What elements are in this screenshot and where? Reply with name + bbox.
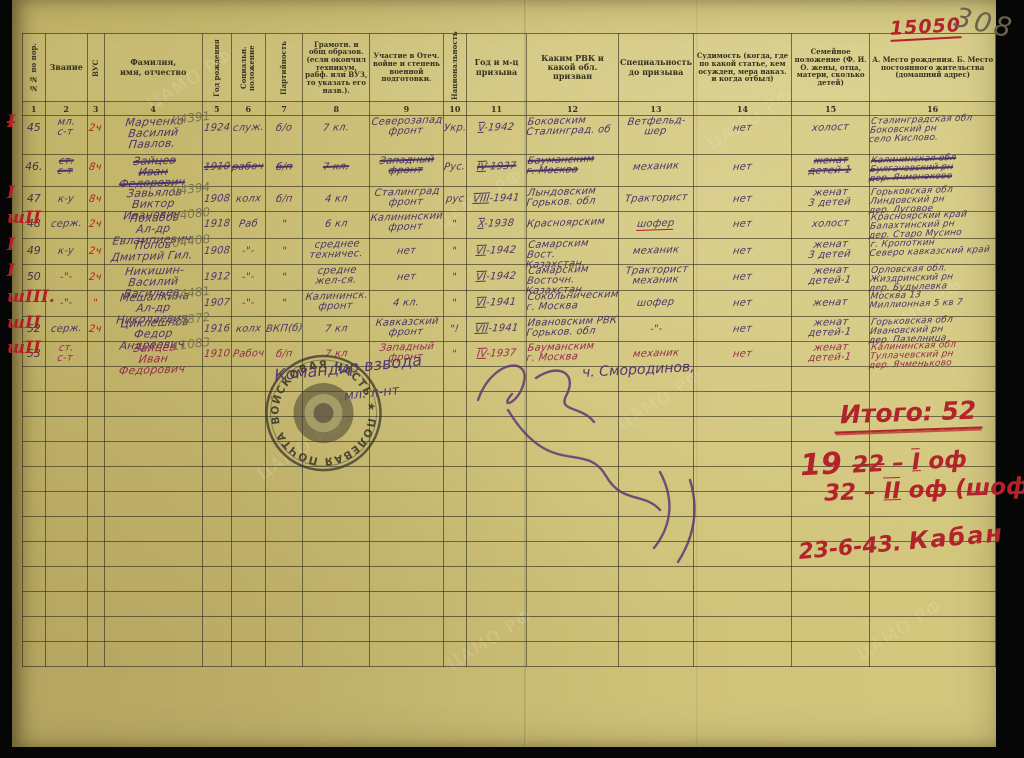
empty-cell — [202, 492, 231, 517]
commander-signature — [464, 352, 724, 556]
cell: женат детей-1 — [792, 342, 870, 367]
tally-segment: – — [856, 479, 884, 506]
empty-cell — [23, 442, 46, 467]
column-header-label: Год и м-ц призыва — [467, 57, 526, 77]
cell: VI-1941 — [467, 291, 527, 317]
tally-segment: – — [884, 450, 913, 477]
row-number: 47 — [27, 188, 41, 205]
cell: холост — [792, 212, 870, 239]
handwritten-entry: -"- — [241, 297, 255, 309]
column-header: Семейное положение (Ф. И. О. жены, отца,… — [792, 34, 870, 102]
cell: VI-1942 — [467, 239, 527, 265]
row-number-cell: I45 — [23, 116, 46, 155]
handwritten-entry: Калининск. фронт — [304, 289, 369, 313]
empty-cell — [104, 567, 202, 592]
column-header: Социальн. положение — [232, 34, 266, 102]
column-header-label: А. Место рождения. Б. Место постоянного … — [870, 55, 995, 80]
handwritten-entry: нет — [732, 192, 753, 205]
tally-segment: 22 — [852, 451, 885, 479]
empty-cell — [443, 642, 466, 667]
handwritten-entry: Сокольническим г. Москва — [526, 288, 620, 313]
empty-cell — [23, 492, 46, 517]
column-header: ВУС — [87, 34, 104, 102]
cell: женат 3 детей — [792, 187, 870, 212]
cell: Самарским Восточн. Казахстан — [527, 265, 619, 291]
cell: женат детей-1 — [792, 155, 870, 187]
row-number-cell: 46. — [23, 155, 46, 187]
column-number: 14 — [693, 102, 791, 116]
column-number: 15 — [792, 102, 870, 116]
row-number-cell: I49 — [23, 239, 46, 265]
handwritten-entry: Тракторист механик — [623, 263, 688, 287]
empty-cell — [232, 642, 266, 667]
empty-cell — [792, 367, 870, 392]
cell: Северозапад фронт — [370, 116, 443, 155]
cell: нет — [693, 116, 791, 155]
table-row: 46.ст. с-т8чЗайцев Иван Федорович1910раб… — [23, 155, 996, 187]
cell: нет — [693, 317, 791, 342]
column-number: 1 — [23, 102, 46, 116]
empty-cell — [45, 392, 87, 417]
empty-row — [23, 642, 996, 667]
cell: женат детей-1 — [792, 265, 870, 291]
column-header: №№ по пор. — [23, 34, 46, 102]
cell: VIII-1941 — [467, 187, 527, 212]
tally-segment: 32 — [824, 479, 857, 506]
table-row: шII52серж.2чЦиклешнов Федор Андреевич048… — [23, 317, 996, 342]
cell: нет — [370, 265, 443, 291]
cell: 6 кл — [303, 212, 370, 239]
empty-cell — [45, 442, 87, 467]
cell: " — [443, 212, 466, 239]
table-row: I47к-у8чЗавьялов Виктор Иванович04394190… — [23, 187, 996, 212]
empty-cell — [232, 542, 266, 567]
cell: мл. с-т — [45, 116, 87, 155]
handwritten-entry: б/о — [275, 121, 293, 134]
empty-cell — [619, 567, 694, 592]
empty-cell — [87, 417, 104, 442]
signature-icon — [464, 352, 724, 552]
cell: 4 кл. — [370, 291, 443, 317]
handwritten-entry: V-1942 — [478, 121, 516, 134]
handwritten-entry: " — [281, 218, 287, 230]
roman-month: VIII — [473, 193, 491, 205]
cell: " — [265, 291, 303, 317]
handwritten-entry: ВКП(б) — [265, 322, 303, 335]
cell: рус — [443, 187, 466, 212]
handwritten-entry: серж. — [50, 217, 83, 230]
handwritten-entry: средне жел-ся. — [314, 264, 358, 288]
handwritten-entry: механик — [632, 243, 680, 257]
register-table: №№ по пор.ЗваниеВУСФамилия, имя, отчеств… — [22, 33, 996, 667]
column-header-label: Каким РВК и какой обл. призван — [527, 53, 618, 83]
column-number: 10 — [443, 102, 466, 116]
handwritten-entry: " — [452, 348, 458, 360]
cell: " — [265, 212, 303, 239]
cell: Марченко Василий Павлов.04391 — [104, 116, 202, 155]
cell: механик — [619, 155, 694, 187]
empty-cell — [23, 517, 46, 542]
cell: 8ч — [87, 187, 104, 212]
handwritten-entry: X-1938 — [478, 217, 516, 230]
handwritten-entry: 2ч — [89, 218, 103, 231]
cell: Ветфельд- шер — [619, 116, 694, 155]
handwritten-entry: Северозапад фронт — [370, 113, 444, 138]
handwritten-entry: " — [452, 271, 458, 283]
handwritten-entry: нет — [732, 121, 753, 134]
red-margin-mark: I — [7, 183, 15, 203]
empty-cell — [23, 642, 46, 667]
handwritten-entry: рабоч — [232, 160, 265, 173]
empty-cell — [693, 617, 791, 642]
empty-cell — [467, 567, 527, 592]
empty-cell — [870, 642, 996, 667]
table-row: I49к-у2чПопов Дмитрий Гил.044081908-"-"с… — [23, 239, 996, 265]
cell: Раб — [232, 212, 266, 239]
catalog-number: 15050 — [889, 14, 961, 42]
empty-cell — [443, 567, 466, 592]
cell: Тракторист механик — [619, 265, 694, 291]
handwritten-entry: 2ч — [89, 323, 103, 336]
column-header: А. Место рождения. Б. Место постоянного … — [870, 34, 996, 102]
cell: нет — [693, 212, 791, 239]
cell: шофер — [619, 291, 694, 317]
empty-cell — [104, 617, 202, 642]
tally-segment: 19 — [799, 446, 853, 484]
column-header-label: Специальность до призыва — [619, 57, 693, 77]
empty-cell — [370, 617, 443, 642]
handwritten-entry: Западный фронт — [378, 153, 435, 177]
empty-cell — [443, 617, 466, 642]
handwritten-entry: 2ч — [89, 245, 103, 258]
empty-cell — [370, 517, 443, 542]
cell: к-у — [45, 239, 87, 265]
empty-cell — [303, 517, 370, 542]
handwritten-entry: к-у — [57, 192, 75, 205]
empty-cell — [265, 567, 303, 592]
column-header: Год рождения — [202, 34, 231, 102]
handwritten-entry: Ветфельд- шер — [626, 114, 687, 138]
cell: нет — [693, 155, 791, 187]
cell: " — [87, 291, 104, 317]
handwritten-entry: женат — [813, 296, 849, 309]
column-header-label: ВУС — [92, 36, 100, 100]
handwritten-entry: Сталинградская обл Боковский рн село Кис… — [869, 112, 974, 145]
empty-cell — [104, 642, 202, 667]
row-number: 45 — [27, 117, 41, 134]
column-header: Фамилия, имя, отчество — [104, 34, 202, 102]
red-margin-mark: I — [7, 112, 15, 132]
empty-cell — [87, 567, 104, 592]
empty-cell — [87, 517, 104, 542]
empty-cell — [23, 417, 46, 442]
cell: Калининская обл Булгачевский рн дер. Ячм… — [870, 155, 996, 187]
handwritten-entry: б/п — [275, 192, 293, 205]
empty-cell — [370, 567, 443, 592]
handwritten-entry: Боковским Сталинград. об — [526, 113, 613, 138]
handwritten-entry: рус — [445, 192, 465, 205]
totals-heading: Итого: 52 — [833, 395, 982, 433]
empty-cell — [104, 417, 202, 442]
table-row: I50-"-2чНикишин- Василий Васильев1912-"-… — [23, 265, 996, 291]
handwritten-entry: ст. с-т — [57, 341, 75, 364]
row-number-cell: шII48 — [23, 212, 46, 239]
empty-cell — [265, 617, 303, 642]
cell: Кавказский фронт — [370, 317, 443, 342]
handwritten-entry: " — [452, 218, 458, 230]
empty-cell — [265, 642, 303, 667]
cell: " — [443, 265, 466, 291]
handwritten-entry: нет — [732, 296, 753, 309]
empty-cell — [202, 542, 231, 567]
handwritten-entry: IV-1937 — [476, 160, 517, 173]
empty-cell — [870, 367, 996, 392]
handwritten-entry: Москва 13 Миллионная 5 кв 7 — [869, 288, 965, 311]
cell: нет — [693, 187, 791, 212]
cell: X-1938 — [467, 212, 527, 239]
handwritten-entry: -"- — [59, 271, 73, 283]
roman-month: VI — [476, 272, 488, 283]
cell: Попов Дмитрий Гил.04408 — [104, 239, 202, 265]
handwritten-entry: -"- — [649, 323, 663, 335]
empty-cell — [370, 592, 443, 617]
cell: " — [443, 239, 466, 265]
empty-cell — [792, 567, 870, 592]
handwritten-entry: нет — [732, 244, 753, 257]
empty-cell — [45, 567, 87, 592]
cell: механик — [619, 239, 694, 265]
empty-cell — [202, 642, 231, 667]
empty-cell — [527, 567, 619, 592]
empty-cell — [232, 567, 266, 592]
handwritten-entry: нет — [732, 347, 753, 360]
empty-cell — [104, 592, 202, 617]
table-row: I45мл. с-т2чМарченко Василий Павлов.0439… — [23, 116, 996, 155]
handwritten-entry: 6 кл — [324, 217, 348, 230]
empty-cell — [265, 542, 303, 567]
handwritten-entry: VI-1941 — [476, 296, 518, 309]
column-header: Судимость (когда, где по какой статье, к… — [693, 34, 791, 102]
cell: средне жел-ся. — [303, 265, 370, 291]
cell: Бауманским г. Москва — [527, 155, 619, 187]
empty-cell — [467, 617, 527, 642]
handwritten-entry: б/п — [275, 160, 293, 173]
handwritten-entry: женат детей-1 — [808, 263, 854, 287]
row-number: 49 — [27, 240, 41, 257]
handwritten-entry: -"- — [241, 245, 255, 257]
roman-month: IV — [476, 162, 487, 173]
handwritten-entry: холост — [811, 217, 850, 230]
handwritten-entry: Ивановским РВК Горьков. обл — [526, 314, 618, 339]
cell: IV-1937 — [467, 155, 527, 187]
column-header-label: Звание — [46, 62, 87, 73]
empty-cell — [87, 492, 104, 517]
empty-cell — [232, 592, 266, 617]
empty-cell — [693, 592, 791, 617]
cell: Ивановским РВК Горьков. обл — [527, 317, 619, 342]
empty-cell — [232, 492, 266, 517]
empty-cell — [303, 642, 370, 667]
empty-cell — [202, 442, 231, 467]
handwritten-entry: VII-1941 — [474, 321, 519, 335]
red-margin-mark: шII — [7, 338, 41, 358]
cell: Тракторист — [619, 187, 694, 212]
empty-cell — [370, 492, 443, 517]
column-number: 7 — [265, 102, 303, 116]
tally-segment: оф — [920, 447, 968, 475]
cell: женат — [792, 291, 870, 317]
cell: -"- — [232, 265, 266, 291]
cell: Калининский фронт — [370, 212, 443, 239]
scanned-register-page: ЦАМО РФ ЦАМО РФ ЦАМО РФ ЦАМО РФ ЦАМО РФ … — [0, 0, 1024, 758]
empty-cell — [202, 617, 231, 642]
empty-cell — [467, 642, 527, 667]
empty-cell — [265, 517, 303, 542]
empty-cell — [619, 617, 694, 642]
cell — [87, 342, 104, 367]
column-header-label: №№ по пор. — [30, 36, 38, 100]
empty-cell — [45, 542, 87, 567]
cell: серж. — [45, 212, 87, 239]
empty-cell — [45, 467, 87, 492]
handwritten-entry: нет — [732, 270, 753, 283]
empty-cell — [23, 542, 46, 567]
handwritten-entry: мл. с-т — [56, 115, 76, 138]
handwritten-entry: 4 кл — [324, 192, 348, 205]
cell: Лындовским Горьков. обл — [527, 187, 619, 212]
empty-cell — [45, 367, 87, 392]
handwritten-entry: " — [452, 245, 458, 257]
handwritten-entry: нет — [732, 160, 753, 173]
handwritten-entry: среднее техничес. — [308, 237, 364, 261]
cell: 2ч — [87, 317, 104, 342]
handwritten-entry: Красноярским — [526, 215, 606, 230]
empty-cell — [104, 517, 202, 542]
empty-cell — [792, 617, 870, 642]
column-header-label: Участие в Отеч. войне и степень военной … — [370, 51, 442, 84]
roman-month: V — [478, 123, 486, 134]
empty-cell — [202, 417, 231, 442]
cell: Зайцев Иван Федорович11083 — [104, 342, 202, 367]
cell: ст. с-т — [45, 155, 87, 187]
handwritten-entry: 8ч — [89, 193, 103, 206]
empty-cell — [693, 642, 791, 667]
red-margin-mark: шII — [7, 208, 41, 228]
column-header-label: Грамотн. и общ образов. (если окончил те… — [303, 40, 369, 96]
handwritten-entry: Тракторист — [624, 191, 688, 205]
cell: ст. с-т — [45, 342, 87, 367]
empty-cell — [202, 392, 231, 417]
handwritten-entry: Рус. — [443, 160, 466, 173]
handwritten-entry: нет — [732, 322, 753, 335]
row-number-cell: шII53 — [23, 342, 46, 367]
cell: б/о — [265, 116, 303, 155]
empty-cell — [104, 492, 202, 517]
handwritten-entry: Калининский фронт — [369, 209, 444, 234]
table-row: шIII.-"-"Мешалкина Ал-др Николаевич04481… — [23, 291, 996, 317]
cell: 2ч — [87, 265, 104, 291]
handwritten-entry: " — [281, 271, 287, 283]
handwritten-entry: женат 3 детей — [808, 237, 853, 261]
cell: служ. — [232, 116, 266, 155]
cell: нет — [693, 265, 791, 291]
handwritten-entry: Сталинград фронт — [373, 185, 441, 209]
empty-cell — [87, 642, 104, 667]
column-header: Специальность до призыва — [619, 34, 694, 102]
empty-cell — [467, 592, 527, 617]
handwritten-entry: Рабоч — [232, 347, 265, 360]
empty-cell — [527, 642, 619, 667]
red-margin-mark: шII — [7, 313, 41, 333]
empty-cell — [45, 517, 87, 542]
cell: 2ч — [87, 239, 104, 265]
handwritten-entry: 1912 — [203, 270, 231, 283]
handwritten-entry: служ. — [232, 121, 264, 134]
column-header-label: Партийность — [280, 36, 288, 100]
handwritten-entry: " — [281, 245, 287, 257]
column-header-label: Год рождения — [213, 36, 221, 100]
cell: 2ч — [87, 212, 104, 239]
roman-month: X — [478, 219, 485, 230]
row-number: 46. — [25, 156, 43, 173]
empty-cell — [265, 492, 303, 517]
empty-cell — [870, 617, 996, 642]
column-number: 8 — [303, 102, 370, 116]
empty-cell — [87, 592, 104, 617]
roman-month: VII — [474, 324, 489, 336]
handwritten-entry: ст. с-т — [57, 154, 75, 177]
column-header: Грамотн. и общ образов. (если окончил те… — [303, 34, 370, 102]
empty-cell — [23, 467, 46, 492]
handwritten-entry: 2ч — [89, 271, 103, 284]
empty-cell — [87, 617, 104, 642]
handwritten-entry: 8ч — [89, 161, 103, 174]
empty-cell — [693, 567, 791, 592]
handwritten-entry: " — [452, 297, 458, 309]
cell: " — [443, 291, 466, 317]
cell: нет — [370, 239, 443, 265]
handwritten-entry: женат детей-1 — [808, 340, 854, 364]
handwritten-entry: Укр. — [443, 121, 467, 134]
column-header: Национальность — [443, 34, 466, 102]
cell: 7 кл. — [303, 155, 370, 187]
handwritten-entry: Раб — [238, 217, 258, 230]
handwritten-entry: 1910 — [203, 160, 231, 173]
handwritten-entry: механик — [632, 159, 680, 173]
empty-cell — [202, 367, 231, 392]
handwritten-entry: 7 кл. — [322, 121, 350, 134]
empty-cell — [870, 567, 996, 592]
empty-cell — [619, 592, 694, 617]
empty-cell — [87, 467, 104, 492]
column-header-label: Фамилия, имя, отчество — [105, 57, 202, 77]
column-header-label: Семейное положение (Ф. И. О. жены, отца,… — [792, 47, 869, 87]
empty-cell — [202, 592, 231, 617]
cell: 2ч — [87, 116, 104, 155]
cell: -"- — [232, 291, 266, 317]
empty-cell — [232, 467, 266, 492]
cell: б/п — [265, 187, 303, 212]
column-number: 11 — [467, 102, 527, 116]
roman-month: VI — [476, 246, 488, 257]
handwritten-entry: VI-1942 — [476, 270, 518, 283]
empty-cell — [232, 617, 266, 642]
cell: Горьковская обл Ивановский рн дер. Пазел… — [870, 317, 996, 342]
roman-month: VI — [476, 298, 488, 309]
red-margin-mark: I — [7, 261, 15, 281]
column-header: Год и м-ц призыва — [467, 34, 527, 102]
empty-cell — [303, 592, 370, 617]
